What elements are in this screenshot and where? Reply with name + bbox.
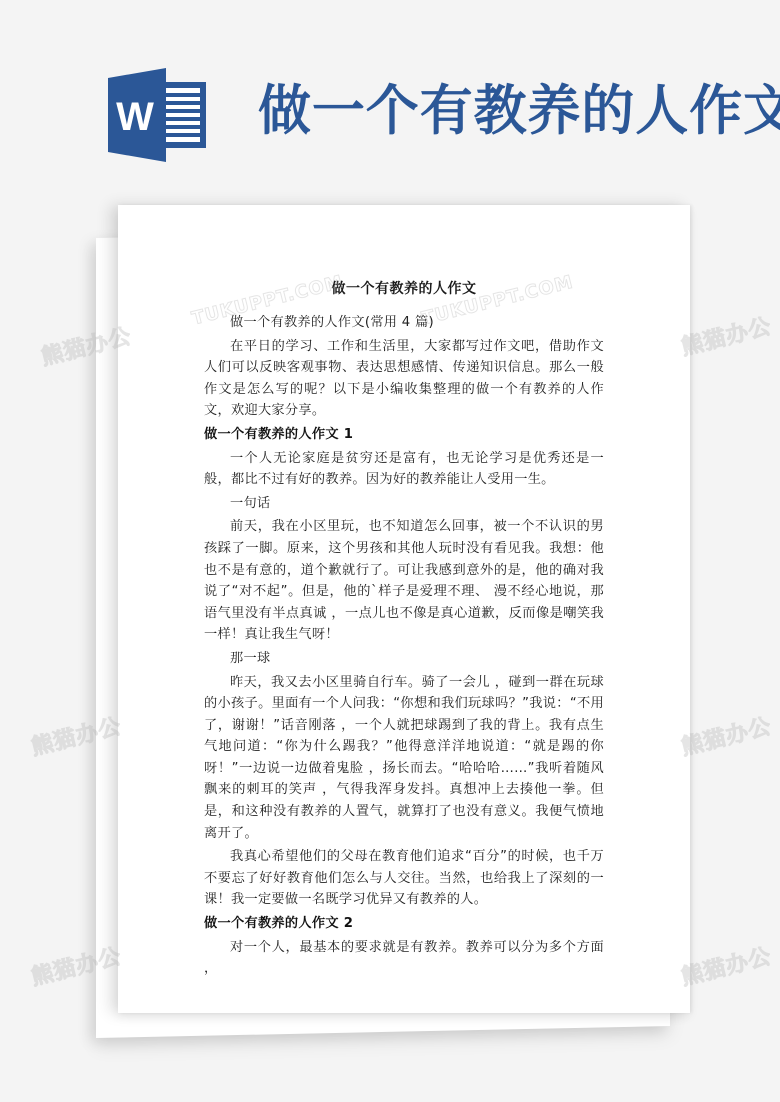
word-document-icon: W bbox=[108, 68, 208, 162]
paragraph-subtitle: 做一个有教养的人作文(常用 4 篇) bbox=[204, 312, 604, 334]
document-page: 做一个有教养的人作文 做一个有教养的人作文(常用 4 篇) 在平日的学习、工作和… bbox=[118, 205, 690, 1013]
watermark: 熊猫办公 bbox=[678, 939, 775, 991]
watermark: 熊猫办公 bbox=[678, 309, 775, 361]
subheading-nayiqiu: 那一球 bbox=[204, 648, 604, 670]
paragraph: 一个人无论家庭是贫穷还是富有，也无论学习是优秀还是一般，都比不过有好的教养。因为… bbox=[204, 448, 604, 491]
svg-text:W: W bbox=[116, 95, 154, 139]
section-heading-2: 做一个有教养的人作文 2 bbox=[204, 913, 604, 935]
paragraph: 前天，我在小区里玩，也不知道怎么回事，被一个不认识的男孩踩了一脚。原来，这个男孩… bbox=[204, 516, 604, 646]
paragraph: 我真心希望他们的父母在教育他们追求“百分”的时候，也千万不要忘了好好教育他们怎么… bbox=[204, 846, 604, 911]
watermark: 熊猫办公 bbox=[678, 709, 775, 761]
paragraph: 对一个人，最基本的要求就是有教养。教养可以分为多个方面 ， bbox=[204, 937, 604, 980]
paragraph: 昨天，我又去小区里骑自行车。骑了一会儿 ，碰到一群在玩球的小孩子。里面有一个人问… bbox=[204, 672, 604, 845]
document-body: 做一个有教养的人作文(常用 4 篇) 在平日的学习、工作和生活里，大家都写过作文… bbox=[204, 312, 604, 982]
paragraph-intro: 在平日的学习、工作和生活里，大家都写过作文吧，借助作文人们可以反映客观事物、表达… bbox=[204, 336, 604, 422]
document-title: 做一个有教养的人作文 bbox=[118, 278, 690, 298]
banner-title: 做一个有教养的人作文 bbox=[258, 78, 780, 142]
subheading-yijuhua: 一句话 bbox=[204, 493, 604, 515]
section-heading-1: 做一个有教养的人作文 1 bbox=[204, 424, 604, 446]
header-banner: W 做一个有教养的人作文 bbox=[0, 0, 780, 200]
